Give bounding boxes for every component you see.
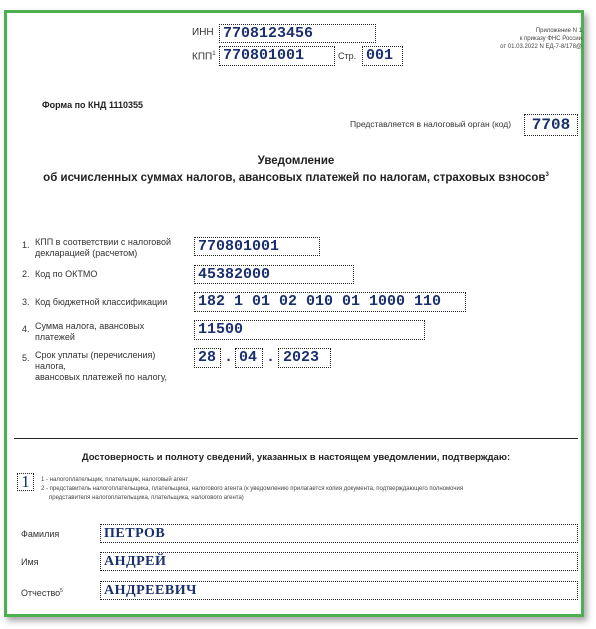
row-label-line: налога,	[35, 361, 167, 372]
due-month-field[interactable]: 04	[235, 348, 263, 368]
tax-authority-code[interactable]: 7708	[524, 114, 578, 136]
row-label-line: платежей	[35, 332, 144, 343]
page-label: Стр.	[338, 51, 356, 61]
row-number: 3.	[22, 297, 30, 307]
patronymic-field[interactable]: АНДРЕЕВИЧ	[100, 581, 578, 600]
signer-type-field[interactable]: 1	[17, 473, 34, 491]
document-subtitle: об исчисленных суммах налогов, авансовых…	[14, 172, 578, 184]
row-label-line: декларацией (расчетом)	[35, 248, 171, 259]
signer-option: 1 - налогоплательщик, плательщик, налого…	[41, 476, 463, 485]
kpp-label-text: КПП	[192, 51, 212, 62]
kpp-label: КПП1	[192, 51, 216, 62]
appendix-line: Приложение N 1	[500, 27, 582, 35]
row-label-kbk: Код бюджетной классификации	[35, 297, 167, 308]
row-label-line: Сумма налога, авансовых	[35, 321, 144, 332]
row-label-kpp: КПП в соответствии с налоговой деклараци…	[35, 237, 171, 259]
appendix-line: к приказу ФНС России	[500, 35, 582, 43]
inn-field[interactable]: 7708123456	[219, 24, 376, 43]
due-year-field[interactable]: 2023	[278, 348, 331, 368]
row-label-oktmo: Код по ОКТМО	[35, 269, 97, 280]
kpp-field[interactable]: 770801001	[219, 46, 335, 66]
name-field[interactable]: АНДРЕЙ	[100, 552, 578, 571]
row-number: 1.	[22, 240, 30, 250]
row-number: 2.	[22, 269, 30, 279]
form-code: Форма по КНД 1110355	[42, 100, 143, 110]
signer-option: 2 - представитель налогоплательщика, пла…	[41, 485, 463, 494]
oktmo-field[interactable]: 45382000	[194, 265, 354, 284]
surname-label: Фамилия	[21, 529, 59, 540]
row-label-due-date: Срок уплаты (перечисления) налога, аванс…	[35, 350, 167, 383]
signer-option: представителя налогоплательщика, платель…	[41, 494, 463, 503]
confirmation-heading: Достоверность и полноту сведений, указан…	[14, 452, 578, 463]
inn-label: ИНН	[192, 27, 214, 38]
tax-authority-label: Представляется в налоговый орган (код)	[350, 119, 526, 129]
kbk-field[interactable]: 182 1 01 02 010 01 1000 110	[194, 292, 466, 312]
row-label-line: авансовых платежей по налогу,	[35, 372, 167, 383]
row-label-amount: Сумма налога, авансовых платежей	[35, 321, 144, 343]
kpp-footnote: 1	[212, 51, 215, 57]
subtitle-text: об исчисленных суммах налогов, авансовых…	[43, 172, 545, 184]
row-number: 5.	[22, 353, 30, 363]
kpp-declaration-field[interactable]: 770801001	[194, 237, 320, 256]
amount-field[interactable]: 11500	[194, 320, 425, 340]
patronymic-label: Отчество5	[21, 586, 63, 599]
row-number: 4.	[22, 324, 30, 334]
patronymic-label-text: Отчество	[21, 588, 60, 598]
section-divider	[14, 438, 578, 439]
surname-field[interactable]: ПЕТРОВ	[100, 524, 578, 543]
due-day-field[interactable]: 28	[194, 348, 221, 368]
subtitle-footnote: 3	[545, 172, 548, 178]
date-separator: .	[266, 349, 275, 366]
name-label: Имя	[21, 557, 39, 568]
document-title: Уведомление	[14, 155, 578, 167]
page-field[interactable]: 001	[362, 46, 403, 66]
date-separator: .	[224, 349, 233, 366]
row-label-line: Срок уплаты (перечисления)	[35, 350, 167, 361]
appendix-note: Приложение N 1 к приказу ФНС России от 0…	[500, 27, 582, 51]
patronymic-footnote: 5	[60, 588, 63, 594]
signer-type-options: 1 - налогоплательщик, плательщик, налого…	[41, 476, 463, 503]
appendix-line: от 01.03.2022 N ЕД-7-8/178@	[500, 43, 582, 51]
row-label-line: КПП в соответствии с налоговой	[35, 237, 171, 248]
